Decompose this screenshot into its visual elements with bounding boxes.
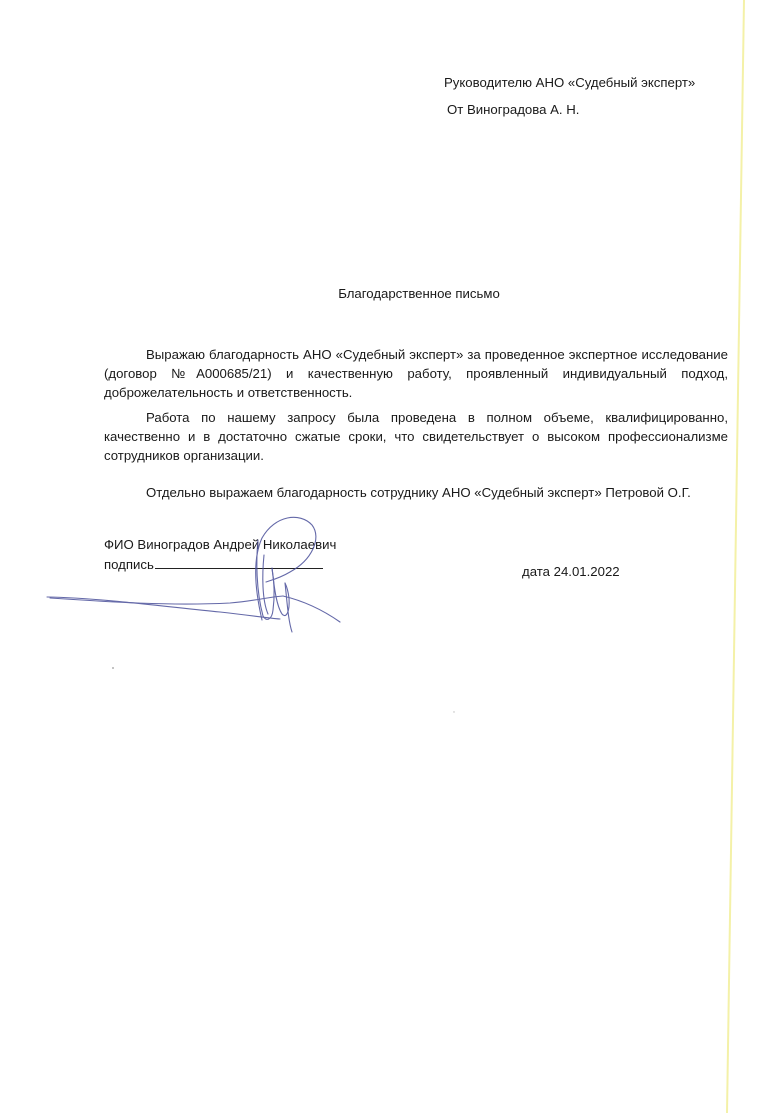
paragraph-work-quality: Работа по нашему запросу была проведена … — [104, 409, 728, 465]
fio-line: ФИО Виноградов Андрей Николаевич — [104, 537, 336, 552]
date-line: дата 24.01.2022 — [522, 564, 620, 579]
signature-underline — [155, 556, 323, 569]
sender-line: От Виноградова А. Н. — [447, 102, 579, 117]
scanned-letter-page: Руководителю АНО «Судебный эксперт» От В… — [0, 0, 782, 1113]
paragraph-text: Выражаю благодарность АНО «Судебный эксп… — [104, 347, 728, 400]
paragraph-employee-thanks: Отдельно выражаем благодарность сотрудни… — [146, 484, 746, 503]
paragraph-text: Отдельно выражаем благодарность сотрудни… — [146, 485, 691, 500]
letter-title: Благодарственное письмо — [0, 286, 782, 301]
signature-label: подпись — [104, 557, 154, 572]
addressee-line: Руководителю АНО «Судебный эксперт» — [444, 75, 695, 90]
signature-row: подпись — [104, 556, 323, 572]
paragraph-gratitude: Выражаю благодарность АНО «Судебный эксп… — [104, 346, 728, 402]
paragraph-text: Работа по нашему запросу была проведена … — [104, 410, 728, 463]
